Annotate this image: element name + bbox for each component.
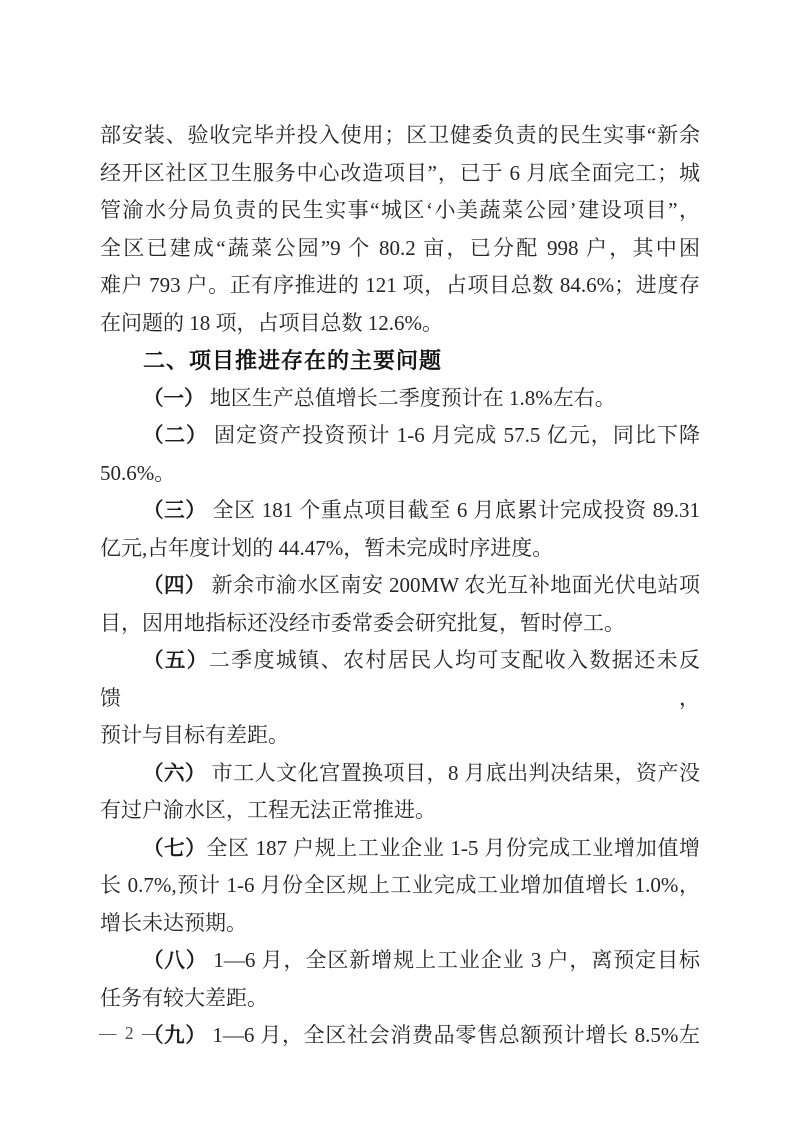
item-marker: （八） xyxy=(143,949,207,972)
item-line: （八） 1—6 月，全区新增规上工业企业 3 户，离预定目标 xyxy=(100,942,700,980)
item-line: 50.6%。 xyxy=(100,455,700,493)
item-marker: （四） xyxy=(143,574,206,597)
body-line: 经开区社区卫生服务中心改造项目”，已于 6 月底全面完工；城 xyxy=(100,155,700,193)
item-text: 新余市渝水区南安 200MW 农光互补地面光伏电站项 xyxy=(206,573,700,597)
item-marker: （三） xyxy=(143,499,207,522)
body-line: 在问题的 18 项，占项目总数 12.6%。 xyxy=(100,305,700,343)
body-line: 难户 793 户。正有序推进的 121 项，占项目总数 84.6%；进度存 xyxy=(100,267,700,305)
item-line: （九） 1—6 月，全区社会消费品零售总额预计增长 8.5%左 xyxy=(100,1017,700,1055)
item-marker: （一） xyxy=(143,387,205,410)
item-line: 增长未达预期。 xyxy=(100,905,700,943)
item-line: 任务有较大差距。 xyxy=(100,980,700,1018)
item-line: 有过户渝水区，工程无法正常推进。 xyxy=(100,792,700,830)
item-line: 长 0.7%,预计 1-6 月份全区规上工业完成工业增加值增长 1.0%， xyxy=(100,867,700,905)
item-text: 全区 187 户规上工业企业 1-5 月份完成工业增加值增 xyxy=(206,836,700,860)
item-text: 全区 181 个重点项目截至 6 月底累计完成投资 89.31 xyxy=(207,498,700,522)
document-body: 部安装、验收完毕并投入使用；区卫健委负责的民生实事“新余 经开区社区卫生服务中心… xyxy=(100,117,700,1055)
body-line: 管渝水分局负责的民生实事“城区‘小美蔬菜公园’建设项目”， xyxy=(100,192,700,230)
item-line: （一） 地区生产总值增长二季度预计在 1.8%左右。 xyxy=(100,380,700,418)
item-line: （七）全区 187 户规上工业企业 1-5 月份完成工业增加值增 xyxy=(100,830,700,868)
item-marker: （二） xyxy=(143,424,208,447)
item-line: 预计与目标有差距。 xyxy=(100,717,700,755)
item-text: 1—6 月，全区新增规上工业企业 3 户，离预定目标 xyxy=(207,948,700,972)
item-line: （六） 市工人文化宫置换项目，8 月底出判决结果，资产没 xyxy=(100,755,700,793)
item-line: （四） 新余市渝水区南安 200MW 农光互补地面光伏电站项 xyxy=(100,567,700,605)
item-marker: （五） xyxy=(143,649,209,672)
item-marker: （六） xyxy=(143,762,206,785)
page-number: — 2 — xyxy=(99,1023,162,1044)
item-text: 固定资产投资预计 1-6 月完成 57.5 亿元，同比下降 xyxy=(208,423,700,447)
body-line: 部安装、验收完毕并投入使用；区卫健委负责的民生实事“新余 xyxy=(100,117,700,155)
item-text: 市工人文化宫置换项目，8 月底出判决结果，资产没 xyxy=(206,761,700,785)
item-line: （五）二季度城镇、农村居民人均可支配收入数据还未反馈， xyxy=(100,642,700,717)
item-text: 地区生产总值增长二季度预计在 1.8%左右。 xyxy=(205,386,616,410)
item-line: （二） 固定资产投资预计 1-6 月完成 57.5 亿元，同比下降 xyxy=(100,417,700,455)
item-line: 目，因用地指标还没经市委常委会研究批复，暂时停工。 xyxy=(100,605,700,643)
document-page: 部安装、验收完毕并投入使用；区卫健委负责的民生实事“新余 经开区社区卫生服务中心… xyxy=(0,0,793,1122)
item-line: （三） 全区 181 个重点项目截至 6 月底累计完成投资 89.31 xyxy=(100,492,700,530)
section-heading: 二、项目推进存在的主要问题 xyxy=(100,342,700,380)
body-line: 全区已建成“蔬菜公园”9 个 80.2 亩，已分配 998 户，其中困 xyxy=(100,230,700,268)
item-text: 1—6 月，全区社会消费品零售总额预计增长 8.5%左 xyxy=(207,1023,701,1047)
item-marker: （七） xyxy=(143,837,206,860)
item-line: 亿元,占年度计划的 44.47%，暂未完成时序进度。 xyxy=(100,530,700,568)
